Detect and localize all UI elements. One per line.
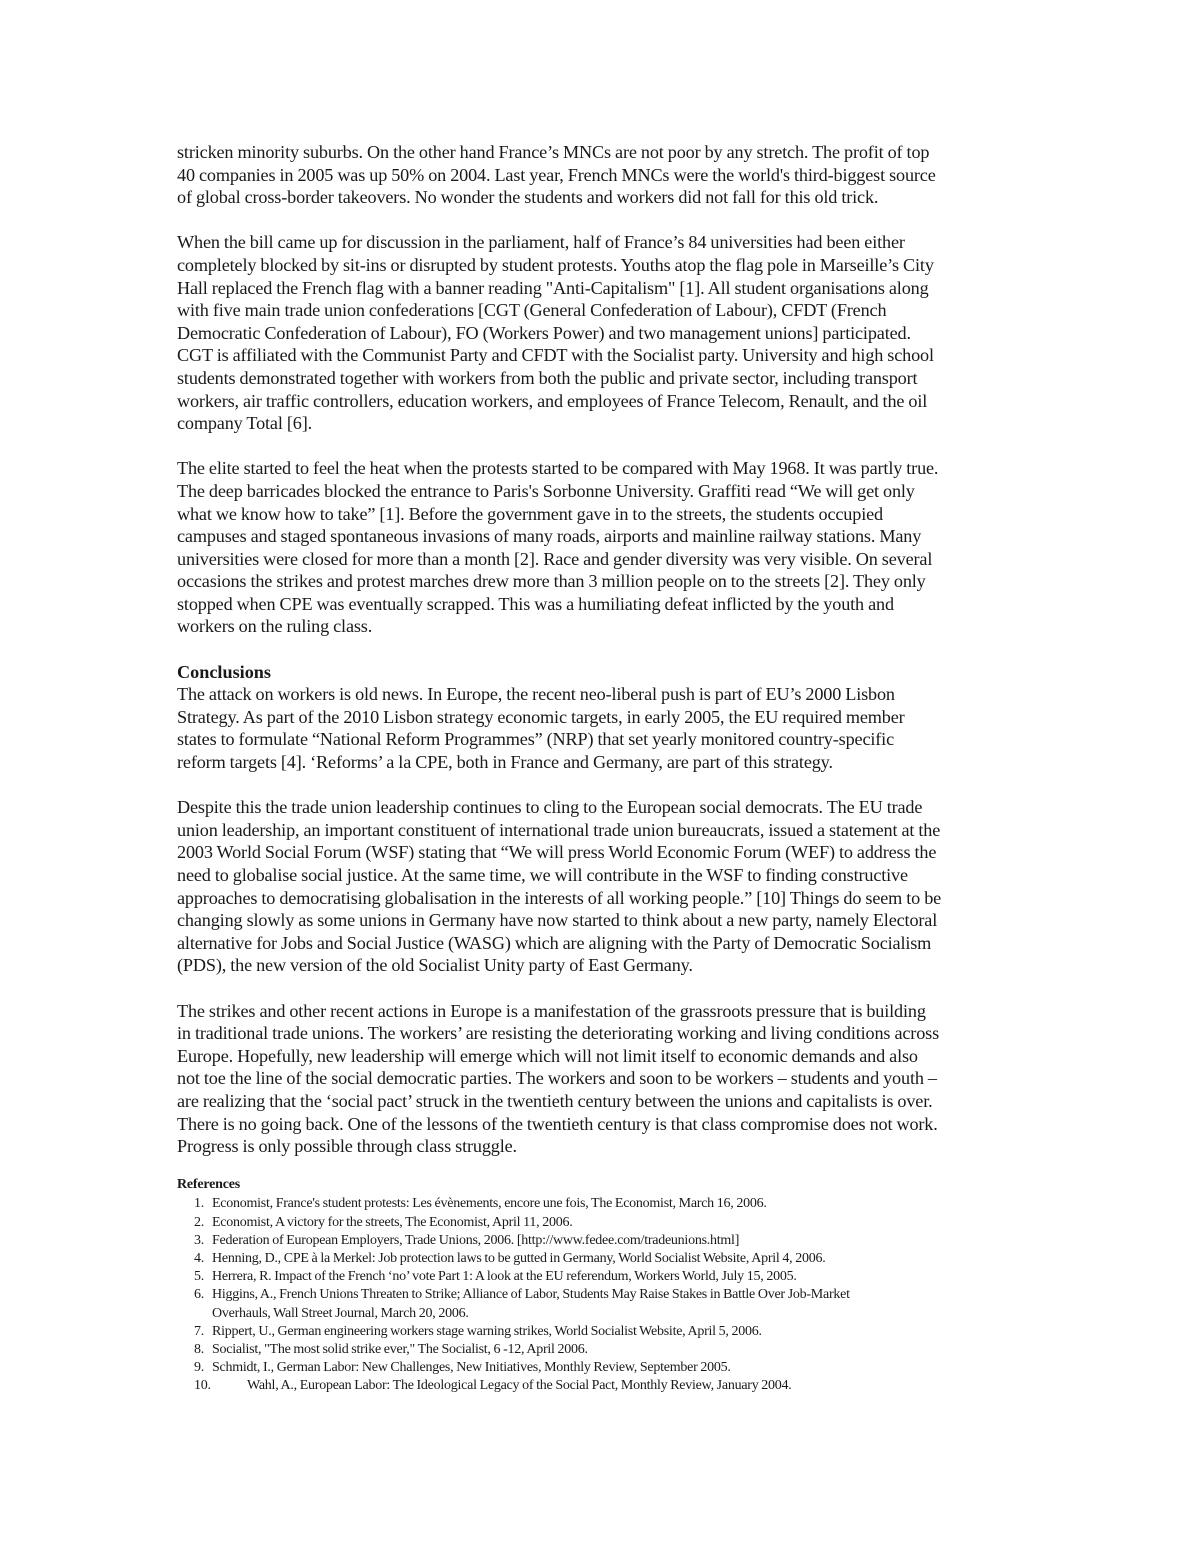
reference-text: Wahl, A., European Labor: The Ideologica…	[247, 1377, 1027, 1395]
text-line: Democratic Confederation of Labour), FO …	[177, 322, 1027, 345]
text-line: workers, air traffic controllers, educat…	[177, 390, 1027, 413]
text-line: Despite this the trade union leadership …	[177, 796, 1027, 819]
text-line: There is no going back. One of the lesso…	[177, 1113, 1027, 1136]
reference-text: Henning, D., CPE à la Merkel: Job protec…	[212, 1250, 1027, 1268]
text-line: The strikes and other recent actions in …	[177, 1000, 1027, 1023]
reference-number: 8.	[194, 1341, 204, 1359]
references-list: 1. Economist, France's student protests:…	[177, 1195, 1027, 1395]
body-paragraph-lisbon-strategy: The attack on workers is old news. In Eu…	[177, 683, 1027, 773]
text-line: Hall replaced the French flag with a ban…	[177, 277, 1027, 300]
reference-item: 4. Henning, D., CPE à la Merkel: Job pro…	[177, 1250, 1027, 1268]
reference-item: 10. Wahl, A., European Labor: The Ideolo…	[177, 1377, 1027, 1395]
reference-text: Schmidt, I., German Labor: New Challenge…	[212, 1359, 1027, 1377]
text-line: not toe the line of the social democrati…	[177, 1067, 1027, 1090]
text-line: occasions the strikes and protest marche…	[177, 570, 1027, 593]
text-line: are realizing that the ‘social pact’ str…	[177, 1090, 1027, 1113]
text-line: 2003 World Social Forum (WSF) stating th…	[177, 841, 1027, 864]
text-line: with five main trade union confederation…	[177, 299, 1027, 322]
reference-item: 7. Rippert, U., German engineering worke…	[177, 1323, 1027, 1341]
reference-number: 3.	[194, 1232, 204, 1250]
text-line: The deep barricades blocked the entrance…	[177, 480, 1027, 503]
reference-text: Herrera, R. Impact of the French ‘no’ vo…	[212, 1268, 1027, 1286]
document-page: stricken minority suburbs. On the other …	[177, 141, 1027, 1396]
text-line: of global cross-border takeovers. No won…	[177, 186, 1027, 209]
text-line: Progress is only possible through class …	[177, 1135, 1027, 1158]
text-line: Europe. Hopefully, new leadership will e…	[177, 1045, 1027, 1068]
body-paragraph-mnc-profits: stricken minority suburbs. On the other …	[177, 141, 1027, 209]
text-line: company Total [6].	[177, 412, 1027, 435]
text-line: approaches to democratising globalisatio…	[177, 887, 1027, 910]
text-line: campuses and staged spontaneous invasion…	[177, 525, 1027, 548]
reference-item: 2. Economist, A victory for the streets,…	[177, 1214, 1027, 1232]
text-line: changing slowly as some unions in German…	[177, 909, 1027, 932]
text-line: universities were closed for more than a…	[177, 548, 1027, 571]
reference-text: Socialist, "The most solid strike ever,"…	[212, 1341, 1027, 1359]
text-line: alternative for Jobs and Social Justice …	[177, 932, 1027, 955]
reference-number: 6.	[194, 1286, 204, 1304]
text-line: states to formulate “National Reform Pro…	[177, 728, 1027, 751]
body-paragraph-university-protests: When the bill came up for discussion in …	[177, 231, 1027, 434]
conclusions-heading: Conclusions	[177, 661, 1027, 684]
text-line: completely blocked by sit-ins or disrupt…	[177, 254, 1027, 277]
reference-number: 2.	[194, 1214, 204, 1232]
reference-item: 1. Economist, France's student protests:…	[177, 1195, 1027, 1213]
reference-number: 7.	[194, 1323, 204, 1341]
reference-text: Economist, A victory for the streets, Th…	[212, 1214, 1027, 1232]
reference-item: 9. Schmidt, I., German Labor: New Challe…	[177, 1359, 1027, 1377]
conclusions-section: Conclusions The attack on workers is old…	[177, 661, 1027, 1158]
reference-number: 5.	[194, 1268, 204, 1286]
reference-number: 4.	[194, 1250, 204, 1268]
reference-text: Higgins, A., French Unions Threaten to S…	[212, 1286, 1027, 1304]
reference-item: 6. Higgins, A., French Unions Threaten t…	[177, 1286, 1027, 1322]
text-line: CGT is affiliated with the Communist Par…	[177, 344, 1027, 367]
reference-item: 3. Federation of European Employers, Tra…	[177, 1232, 1027, 1250]
body-paragraph-may-1968: The elite started to feel the heat when …	[177, 457, 1027, 638]
text-line: stricken minority suburbs. On the other …	[177, 141, 1027, 164]
text-line: in traditional trade unions. The workers…	[177, 1022, 1027, 1045]
text-line: workers on the ruling class.	[177, 615, 1027, 638]
reference-text: Federation of European Employers, Trade …	[212, 1232, 1027, 1250]
text-line: reform targets [4]. ‘Reforms’ a la CPE, …	[177, 751, 1027, 774]
references-section: References 1. Economist, France's studen…	[177, 1176, 1027, 1395]
text-line: (PDS), the new version of the old Social…	[177, 954, 1027, 977]
reference-text: Economist, France's student protests: Le…	[212, 1195, 1027, 1213]
text-line: 40 companies in 2005 was up 50% on 2004.…	[177, 164, 1027, 187]
body-paragraph-grassroots-pressure: The strikes and other recent actions in …	[177, 1000, 1027, 1158]
reference-number: 10.	[194, 1377, 211, 1395]
reference-item: 5. Herrera, R. Impact of the French ‘no’…	[177, 1268, 1027, 1286]
text-line: union leadership, an important constitue…	[177, 819, 1027, 842]
text-line: what we know how to take” [1]. Before th…	[177, 503, 1027, 526]
text-line: stopped when CPE was eventually scrapped…	[177, 593, 1027, 616]
body-paragraph-union-leadership: Despite this the trade union leadership …	[177, 796, 1027, 977]
reference-number: 1.	[194, 1195, 204, 1213]
text-line: need to globalise social justice. At the…	[177, 864, 1027, 887]
reference-item: 8. Socialist, "The most solid strike eve…	[177, 1341, 1027, 1359]
reference-text: Rippert, U., German engineering workers …	[212, 1323, 1027, 1341]
reference-number: 9.	[194, 1359, 204, 1377]
text-line: students demonstrated together with work…	[177, 367, 1027, 390]
reference-text-continuation: Overhauls, Wall Street Journal, March 20…	[212, 1305, 1027, 1323]
text-line: The elite started to feel the heat when …	[177, 457, 1027, 480]
text-line: When the bill came up for discussion in …	[177, 231, 1027, 254]
text-line: The attack on workers is old news. In Eu…	[177, 683, 1027, 706]
references-heading: References	[177, 1176, 1027, 1194]
text-line: Strategy. As part of the 2010 Lisbon str…	[177, 706, 1027, 729]
